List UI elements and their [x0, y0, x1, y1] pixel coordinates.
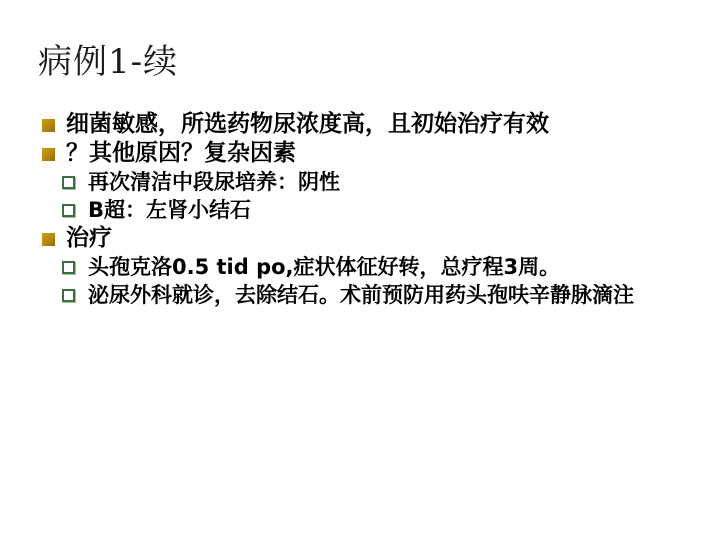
bullet-text: 治疗: [66, 224, 112, 253]
bullet-list: 细菌敏感，所选药物尿浓度高，且初始治疗有效？其他原因？复杂因素再次清洁中段尿培养…: [0, 110, 720, 309]
bullet-text: ？其他原因？复杂因素: [66, 139, 296, 168]
filled-square-bullet-icon: [42, 233, 55, 246]
hollow-square-bullet-icon: [62, 289, 75, 302]
bullet-item: 泌尿外科就诊，去除结石。术前预防用药头孢呋辛静脉滴注: [0, 281, 720, 309]
bullet-text: 头孢克洛0.5 tid po,症状体征好转，总疗程3周。: [88, 253, 560, 281]
bullet-item: 头孢克洛0.5 tid po,症状体征好转，总疗程3周。: [0, 253, 720, 281]
bullet-item: 再次清洁中段尿培养：阴性: [0, 168, 720, 196]
bullet-item: ？其他原因？复杂因素: [0, 139, 720, 168]
bullet-text: 细菌敏感，所选药物尿浓度高，且初始治疗有效: [66, 110, 549, 139]
filled-square-bullet-icon: [42, 119, 55, 132]
bullet-text: 泌尿外科就诊，去除结石。术前预防用药头孢呋辛静脉滴注: [88, 281, 634, 309]
bullet-item: 治疗: [0, 224, 720, 253]
bullet-text: B超：左肾小结石: [88, 196, 251, 224]
slide: 病例1-续 细菌敏感，所选药物尿浓度高，且初始治疗有效？其他原因？复杂因素再次清…: [0, 0, 720, 540]
bullet-item: 细菌敏感，所选药物尿浓度高，且初始治疗有效: [0, 110, 720, 139]
bullet-text: 再次清洁中段尿培养：阴性: [88, 168, 340, 196]
bullet-item: B超：左肾小结石: [0, 196, 720, 224]
hollow-square-bullet-icon: [62, 176, 75, 189]
filled-square-bullet-icon: [42, 148, 55, 161]
hollow-square-bullet-icon: [62, 204, 75, 217]
hollow-square-bullet-icon: [62, 261, 75, 274]
slide-title: 病例1-续: [38, 34, 178, 83]
